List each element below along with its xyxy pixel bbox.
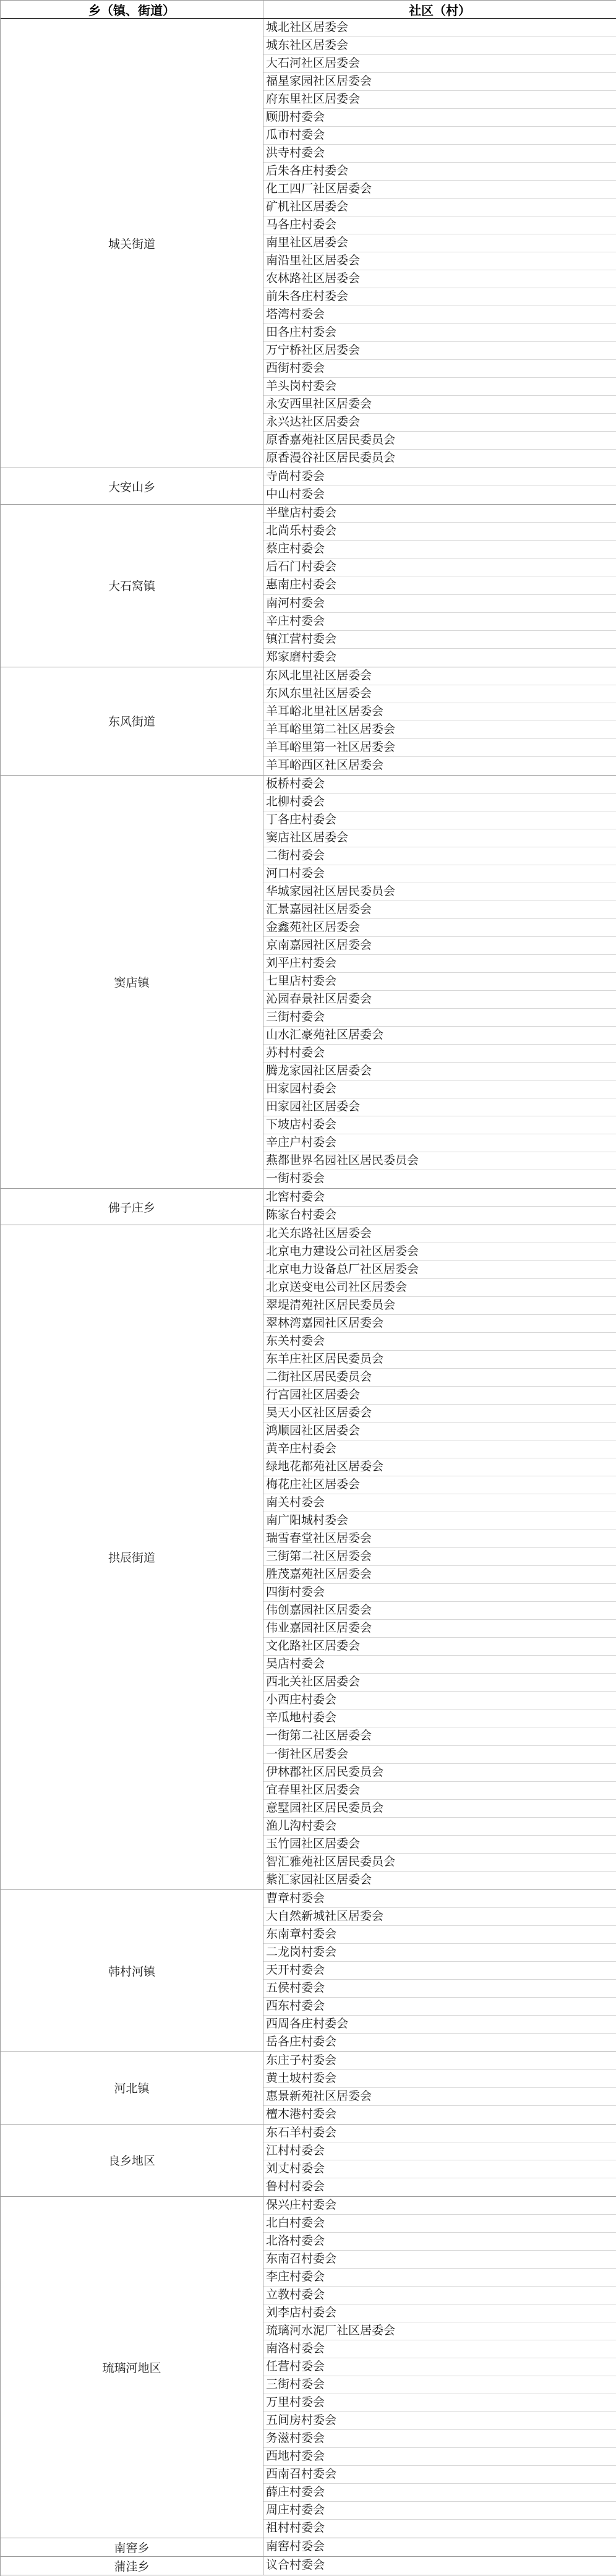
- community-cell[interactable]: 前朱各庄村委会: [263, 288, 616, 306]
- community-cell[interactable]: 保兴庄村委会: [263, 2197, 616, 2215]
- community-cell[interactable]: 行宫园社区居委会: [263, 1387, 616, 1405]
- community-cell[interactable]: 镇江营村委会: [263, 631, 616, 649]
- community-cell[interactable]: 洪寺村委会: [263, 145, 616, 163]
- community-cell[interactable]: 矿机社区居委会: [263, 199, 616, 216]
- community-cell[interactable]: 二街村委会: [263, 847, 616, 865]
- community-cell[interactable]: 顾册村委会: [263, 109, 616, 127]
- township-group: 韩村河镇曹章村委会大自然新城社区居委会东南章村委会二龙岗村委会天开村委会五侯村委…: [1, 1890, 616, 2052]
- community-cell[interactable]: 二街社区居民委员会: [263, 1369, 616, 1387]
- community-cell[interactable]: 万里村委会: [263, 2394, 616, 2412]
- community-cell[interactable]: 汇景嘉园社区居委会: [263, 901, 616, 919]
- community-cell[interactable]: 南关村委会: [263, 1494, 616, 1512]
- community-cell[interactable]: 田家园村委会: [263, 1080, 616, 1098]
- community-cell[interactable]: 东关村委会: [263, 1333, 616, 1351]
- community-cell[interactable]: 北京电力建设公司社区居委会: [263, 1243, 616, 1261]
- community-cell[interactable]: 二龙岗村委会: [263, 1944, 616, 1962]
- community-cell[interactable]: 南沿里社区居委会: [263, 252, 616, 270]
- community-cell[interactable]: 智汇雅苑社区居民委员会: [263, 1854, 616, 1872]
- township-cell[interactable]: 窦店镇: [1, 776, 263, 1188]
- township-group: 城关街道城北社区居委会城东社区居委会大石河社区居委会福星家园社区居委会府东里社区…: [1, 19, 616, 468]
- community-cell[interactable]: 东石羊村委会: [263, 2125, 616, 2142]
- community-cell[interactable]: 窦店社区居委会: [263, 829, 616, 847]
- community-cell[interactable]: 一街村委会: [263, 1170, 616, 1188]
- community-cell[interactable]: 府东里社区居委会: [263, 91, 616, 109]
- community-cell[interactable]: 玉竹园社区居委会: [263, 1836, 616, 1854]
- community-list: 保兴庄村委会北白村委会北洛村委会东南召村委会李庄村委会立教村委会刘李店村委会琉璃…: [263, 2197, 616, 2538]
- community-cell[interactable]: 黄土坡村委会: [263, 2070, 616, 2088]
- community-cell[interactable]: 伊林郡社区居民委员会: [263, 1764, 616, 1782]
- community-cell[interactable]: 苏村村委会: [263, 1045, 616, 1063]
- township-cell[interactable]: 琉璃河地区: [1, 2197, 263, 2538]
- community-cell[interactable]: 板桥村委会: [263, 776, 616, 794]
- community-cell[interactable]: 东羊庄社区居民委员会: [263, 1351, 616, 1369]
- community-cell[interactable]: 李庄村委会: [263, 2269, 616, 2287]
- township-group: 东风街道东风北里社区居委会东风东里社区居委会羊耳峪北里社区居委会羊耳峪里第二社区…: [1, 667, 616, 776]
- township-group: 南窖乡南窖村委会: [1, 2538, 616, 2557]
- community-cell[interactable]: 沁园春景社区居委会: [263, 991, 616, 1009]
- community-cell[interactable]: 羊头岗村委会: [263, 378, 616, 396]
- community-cell[interactable]: 蔡庄村委会: [263, 541, 616, 558]
- township-group: 佛子庄乡北窖村委会陈家台村委会: [1, 1189, 616, 1225]
- community-cell[interactable]: 一街第二社区居委会: [263, 1727, 616, 1745]
- community-cell[interactable]: 惠南庄村委会: [263, 576, 616, 594]
- community-cell[interactable]: 西南召村委会: [263, 2466, 616, 2484]
- community-cell[interactable]: 京南嘉园社区居委会: [263, 937, 616, 955]
- community-cell[interactable]: 北柳村委会: [263, 794, 616, 811]
- community-list: 寺尚村委会中山村委会: [263, 468, 616, 504]
- township-group: 大石窝镇半壁店村委会北尚乐村委会蔡庄村委会后石门村委会惠南庄村委会南河村委会辛庄…: [1, 505, 616, 667]
- community-cell[interactable]: 立教村委会: [263, 2287, 616, 2304]
- community-cell[interactable]: 城东社区居委会: [263, 37, 616, 55]
- township-group: 蒲洼乡议合村委会: [1, 2557, 616, 2575]
- township-group: 窦店镇板桥村委会北柳村委会丁各庄村委会窦店社区居委会二街村委会河口村委会华城家园…: [1, 776, 616, 1189]
- community-list: 板桥村委会北柳村委会丁各庄村委会窦店社区居委会二街村委会河口村委会华城家园社区居…: [263, 776, 616, 1188]
- community-cell[interactable]: 羊耳峪西区社区居委会: [263, 757, 616, 775]
- community-cell[interactable]: 曹章村委会: [263, 1890, 616, 1908]
- community-cell[interactable]: 翠堤清苑社区居民委员会: [263, 1297, 616, 1315]
- community-cell[interactable]: 羊耳峪北里社区居委会: [263, 703, 616, 721]
- township-cell[interactable]: 大安山乡: [1, 468, 263, 504]
- community-cell[interactable]: 意墅园社区居民委员会: [263, 1800, 616, 1818]
- community-cell[interactable]: 大石河社区居委会: [263, 55, 616, 73]
- community-cell[interactable]: 天开村委会: [263, 1962, 616, 1980]
- community-cell[interactable]: 岳各庄村委会: [263, 2034, 616, 2052]
- community-cell[interactable]: 马各庄村委会: [263, 216, 616, 234]
- community-cell[interactable]: 北白村委会: [263, 2215, 616, 2233]
- community-cell[interactable]: 原香嘉苑社区居民委员会: [263, 432, 616, 450]
- community-cell[interactable]: 东风北里社区居委会: [263, 667, 616, 685]
- community-cell[interactable]: 琉璃河水泥厂社区居委会: [263, 2322, 616, 2340]
- community-cell[interactable]: 辛庄村委会: [263, 613, 616, 631]
- community-cell[interactable]: 塔湾村委会: [263, 306, 616, 324]
- community-cell[interactable]: 永安西里社区居委会: [263, 396, 616, 414]
- community-cell[interactable]: 原香漫谷社区居民委员会: [263, 450, 616, 468]
- community-cell[interactable]: 三街村委会: [263, 1009, 616, 1027]
- community-cell[interactable]: 刘平庄村委会: [263, 955, 616, 973]
- community-cell[interactable]: 南里社区居委会: [263, 234, 616, 252]
- community-cell[interactable]: 吴店村委会: [263, 1656, 616, 1674]
- community-cell[interactable]: 任营村委会: [263, 2358, 616, 2376]
- community-list: 议合村委会: [263, 2557, 616, 2575]
- community-cell[interactable]: 瓜市村委会: [263, 127, 616, 145]
- community-cell[interactable]: 一街社区居委会: [263, 1746, 616, 1764]
- township-cell[interactable]: 佛子庄乡: [1, 1189, 263, 1225]
- community-cell[interactable]: 伟创嘉园社区居委会: [263, 1602, 616, 1620]
- community-cell[interactable]: 檀木港村委会: [263, 2106, 616, 2124]
- community-cell[interactable]: 北关东路社区居委会: [263, 1225, 616, 1243]
- community-cell[interactable]: 文化路社区居委会: [263, 1638, 616, 1656]
- community-cell[interactable]: 北京电力设备总厂社区居委会: [263, 1261, 616, 1279]
- community-cell[interactable]: 翠林湾嘉园社区居委会: [263, 1315, 616, 1333]
- community-cell[interactable]: 四街村委会: [263, 1584, 616, 1602]
- community-cell[interactable]: 辛瓜地村委会: [263, 1709, 616, 1727]
- community-cell[interactable]: 北窖村委会: [263, 1189, 616, 1207]
- township-group: 河北镇东庄子村委会黄土坡村委会惠景新苑社区居委会檀木港村委会: [1, 2052, 616, 2125]
- community-list: 东风北里社区居委会东风东里社区居委会羊耳峪北里社区居委会羊耳峪里第二社区居委会羊…: [263, 667, 616, 775]
- township-group: 大安山乡寺尚村委会中山村委会: [1, 468, 616, 505]
- township-cell[interactable]: 东风街道: [1, 667, 263, 775]
- community-cell[interactable]: 惠景新苑社区居委会: [263, 2088, 616, 2106]
- township-cell[interactable]: 大石窝镇: [1, 505, 263, 666]
- community-cell[interactable]: 议合村委会: [263, 2557, 616, 2575]
- community-cell[interactable]: 西东村委会: [263, 1998, 616, 2016]
- community-cell[interactable]: 东南章村委会: [263, 1926, 616, 1944]
- community-cell[interactable]: 田家园社区居委会: [263, 1098, 616, 1116]
- community-cell[interactable]: 福星家园社区居委会: [263, 73, 616, 91]
- township-column-header: 乡（镇、街道）: [1, 1, 263, 18]
- community-cell[interactable]: 宜春里社区居委会: [263, 1782, 616, 1800]
- community-cell[interactable]: 西地村委会: [263, 2448, 616, 2466]
- community-cell[interactable]: 寺尚村委会: [263, 468, 616, 486]
- community-list: 半壁店村委会北尚乐村委会蔡庄村委会后石门村委会惠南庄村委会南河村委会辛庄村委会镇…: [263, 505, 616, 666]
- community-cell[interactable]: 华城家园社区居民委员会: [263, 883, 616, 901]
- community-cell[interactable]: 三街第二社区居委会: [263, 1548, 616, 1566]
- administrative-table: 乡（镇、街道） 社区（村） 城关街道城北社区居委会城东社区居委会大石河社区居委会…: [0, 0, 616, 2576]
- community-list: 东石羊村委会江村村委会刘丈村委会鲁村村委会: [263, 2125, 616, 2196]
- community-cell[interactable]: 东庄子村委会: [263, 2052, 616, 2070]
- community-cell[interactable]: 梅花庄社区居委会: [263, 1476, 616, 1494]
- community-cell[interactable]: 东风东里社区居委会: [263, 685, 616, 703]
- community-cell[interactable]: 黄辛庄村委会: [263, 1440, 616, 1458]
- community-cell[interactable]: 永兴达社区居委会: [263, 414, 616, 432]
- community-cell[interactable]: 半壁店村委会: [263, 505, 616, 523]
- community-cell[interactable]: 瑞雪春堂社区居委会: [263, 1530, 616, 1548]
- community-cell[interactable]: 西街村委会: [263, 360, 616, 378]
- community-cell[interactable]: 昊天小区社区居委会: [263, 1405, 616, 1423]
- table-header-row: 乡（镇、街道） 社区（村）: [1, 1, 616, 19]
- community-cell[interactable]: 后石门村委会: [263, 558, 616, 576]
- community-cell[interactable]: 小西庄村委会: [263, 1692, 616, 1709]
- community-cell[interactable]: 七里店村委会: [263, 973, 616, 991]
- community-cell[interactable]: 山水汇豪苑社区居委会: [263, 1027, 616, 1045]
- township-group: 拱辰街道北关东路社区居委会北京电力建设公司社区居委会北京电力设备总厂社区居委会北…: [1, 1225, 616, 1890]
- community-cell[interactable]: 南窖村委会: [263, 2538, 616, 2556]
- community-cell[interactable]: 北洛村委会: [263, 2233, 616, 2251]
- community-cell[interactable]: 五间房村委会: [263, 2412, 616, 2430]
- community-list: 曹章村委会大自然新城社区居委会东南章村委会二龙岗村委会天开村委会五侯村委会西东村…: [263, 1890, 616, 2052]
- community-cell[interactable]: 北尚乐村委会: [263, 523, 616, 541]
- community-cell[interactable]: 农林路社区居委会: [263, 270, 616, 288]
- community-cell[interactable]: 五侯村委会: [263, 1980, 616, 1998]
- community-cell[interactable]: 腾龙家园社区居委会: [263, 1063, 616, 1080]
- community-cell[interactable]: 刘丈村委会: [263, 2160, 616, 2178]
- community-cell[interactable]: 务滋村委会: [263, 2430, 616, 2448]
- community-cell[interactable]: 南广阳城村委会: [263, 1512, 616, 1530]
- township-cell[interactable]: 蒲洼乡: [1, 2557, 263, 2575]
- community-cell[interactable]: 东南召村委会: [263, 2251, 616, 2269]
- community-list: 城北社区居委会城东社区居委会大石河社区居委会福星家园社区居委会府东里社区居委会顾…: [263, 19, 616, 468]
- community-cell[interactable]: 中山村委会: [263, 486, 616, 504]
- community-cell[interactable]: 下坡店村委会: [263, 1116, 616, 1134]
- community-cell[interactable]: 南洛村委会: [263, 2340, 616, 2358]
- community-cell[interactable]: 金鑫苑社区居委会: [263, 919, 616, 937]
- community-cell[interactable]: 周庄村委会: [263, 2502, 616, 2520]
- township-cell[interactable]: 城关街道: [1, 19, 263, 468]
- community-list: 南窖村委会: [263, 2538, 616, 2556]
- community-cell[interactable]: 化工四厂社区居委会: [263, 181, 616, 199]
- community-cell[interactable]: 羊耳峪里第一社区居委会: [263, 739, 616, 757]
- community-column-header: 社区（村）: [263, 1, 616, 18]
- community-cell[interactable]: 紫汇家园社区居委会: [263, 1872, 616, 1889]
- township-group: 良乡地区东石羊村委会江村村委会刘丈村委会鲁村村委会: [1, 2125, 616, 2197]
- community-cell[interactable]: 河口村委会: [263, 865, 616, 883]
- community-cell[interactable]: 刘李店村委会: [263, 2304, 616, 2322]
- community-cell[interactable]: 三街村委会: [263, 2376, 616, 2394]
- community-cell[interactable]: 江村村委会: [263, 2142, 616, 2160]
- community-cell[interactable]: 大自然新城社区居委会: [263, 1908, 616, 1926]
- community-cell[interactable]: 丁各庄村委会: [263, 811, 616, 829]
- community-cell[interactable]: 田各庄村委会: [263, 324, 616, 342]
- community-cell[interactable]: 辛庄户村委会: [263, 1134, 616, 1152]
- community-cell[interactable]: 万宁桥社区居委会: [263, 342, 616, 360]
- township-cell[interactable]: 良乡地区: [1, 2125, 263, 2196]
- community-list: 北窖村委会陈家台村委会: [263, 1189, 616, 1225]
- community-cell[interactable]: 郑家磨村委会: [263, 649, 616, 667]
- community-cell[interactable]: 鲁村村委会: [263, 2178, 616, 2196]
- community-cell[interactable]: 西周各庄村委会: [263, 2016, 616, 2034]
- community-cell[interactable]: 渔儿沟村委会: [263, 1818, 616, 1836]
- township-cell[interactable]: 韩村河镇: [1, 1890, 263, 2052]
- community-cell[interactable]: 后朱各庄村委会: [263, 163, 616, 181]
- community-cell[interactable]: 陈家台村委会: [263, 1207, 616, 1225]
- community-cell[interactable]: 鸿顺园社区居委会: [263, 1423, 616, 1440]
- community-cell[interactable]: 薛庄村委会: [263, 2484, 616, 2502]
- community-cell[interactable]: 北京送变电公司社区居委会: [263, 1279, 616, 1297]
- community-cell[interactable]: 祖村村委会: [263, 2520, 616, 2538]
- table-body: 城关街道城北社区居委会城东社区居委会大石河社区居委会福星家园社区居委会府东里社区…: [1, 19, 616, 2575]
- township-group: 琉璃河地区保兴庄村委会北白村委会北洛村委会东南召村委会李庄村委会立教村委会刘李店…: [1, 2197, 616, 2538]
- township-cell[interactable]: 拱辰街道: [1, 1225, 263, 1889]
- township-cell[interactable]: 南窖乡: [1, 2538, 263, 2556]
- community-cell[interactable]: 绿地花都苑社区居委会: [263, 1458, 616, 1476]
- community-cell[interactable]: 南河村委会: [263, 595, 616, 613]
- community-cell[interactable]: 羊耳峪里第二社区居委会: [263, 721, 616, 739]
- community-cell[interactable]: 燕都世界名园社区居民委员会: [263, 1152, 616, 1170]
- community-list: 北关东路社区居委会北京电力建设公司社区居委会北京电力设备总厂社区居委会北京送变电…: [263, 1225, 616, 1889]
- community-cell[interactable]: 伟业嘉园社区居委会: [263, 1620, 616, 1638]
- community-cell[interactable]: 西北关社区居委会: [263, 1674, 616, 1692]
- township-cell[interactable]: 河北镇: [1, 2052, 263, 2124]
- community-cell[interactable]: 胜茂嘉苑社区居委会: [263, 1566, 616, 1584]
- community-cell[interactable]: 城北社区居委会: [263, 19, 616, 37]
- community-list: 东庄子村委会黄土坡村委会惠景新苑社区居委会檀木港村委会: [263, 2052, 616, 2124]
